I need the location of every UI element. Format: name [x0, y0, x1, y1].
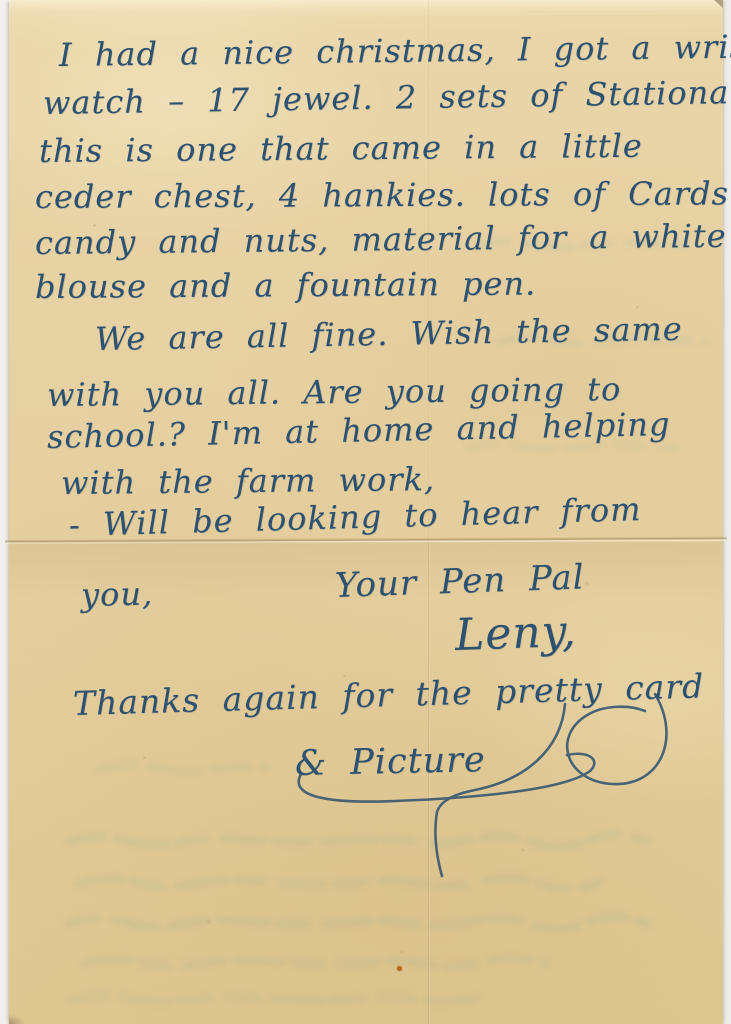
letter-ps-line-2: & Picture: [295, 740, 486, 784]
paper-top-edge-highlight: [9, 0, 723, 14]
scanner-background: I had a nice christmas, I got a wrist wa…: [0, 0, 731, 1024]
letter-line-5: candy and nuts, material for a white: [35, 217, 727, 262]
letter-line-4: ceder chest, 4 hankies. lots of Cards: [35, 174, 729, 216]
letter-line-3: this is one that came in a little: [39, 127, 643, 170]
letter-line-10: with the farm work,: [61, 460, 435, 502]
bottom-edge-shadow: [9, 1008, 39, 1024]
letter-line-6: blouse and a fountain pen.: [35, 265, 536, 306]
letter-paper: I had a nice christmas, I got a wrist wa…: [9, 0, 723, 1024]
letter-line-12: you,: [81, 574, 154, 614]
letter-signature: Leny,: [454, 606, 577, 661]
vertical-fold-crease-lower: [428, 545, 430, 1024]
letter-line-1: I had a nice christmas, I got a wrist: [59, 27, 731, 74]
stain-speck: [397, 966, 402, 971]
